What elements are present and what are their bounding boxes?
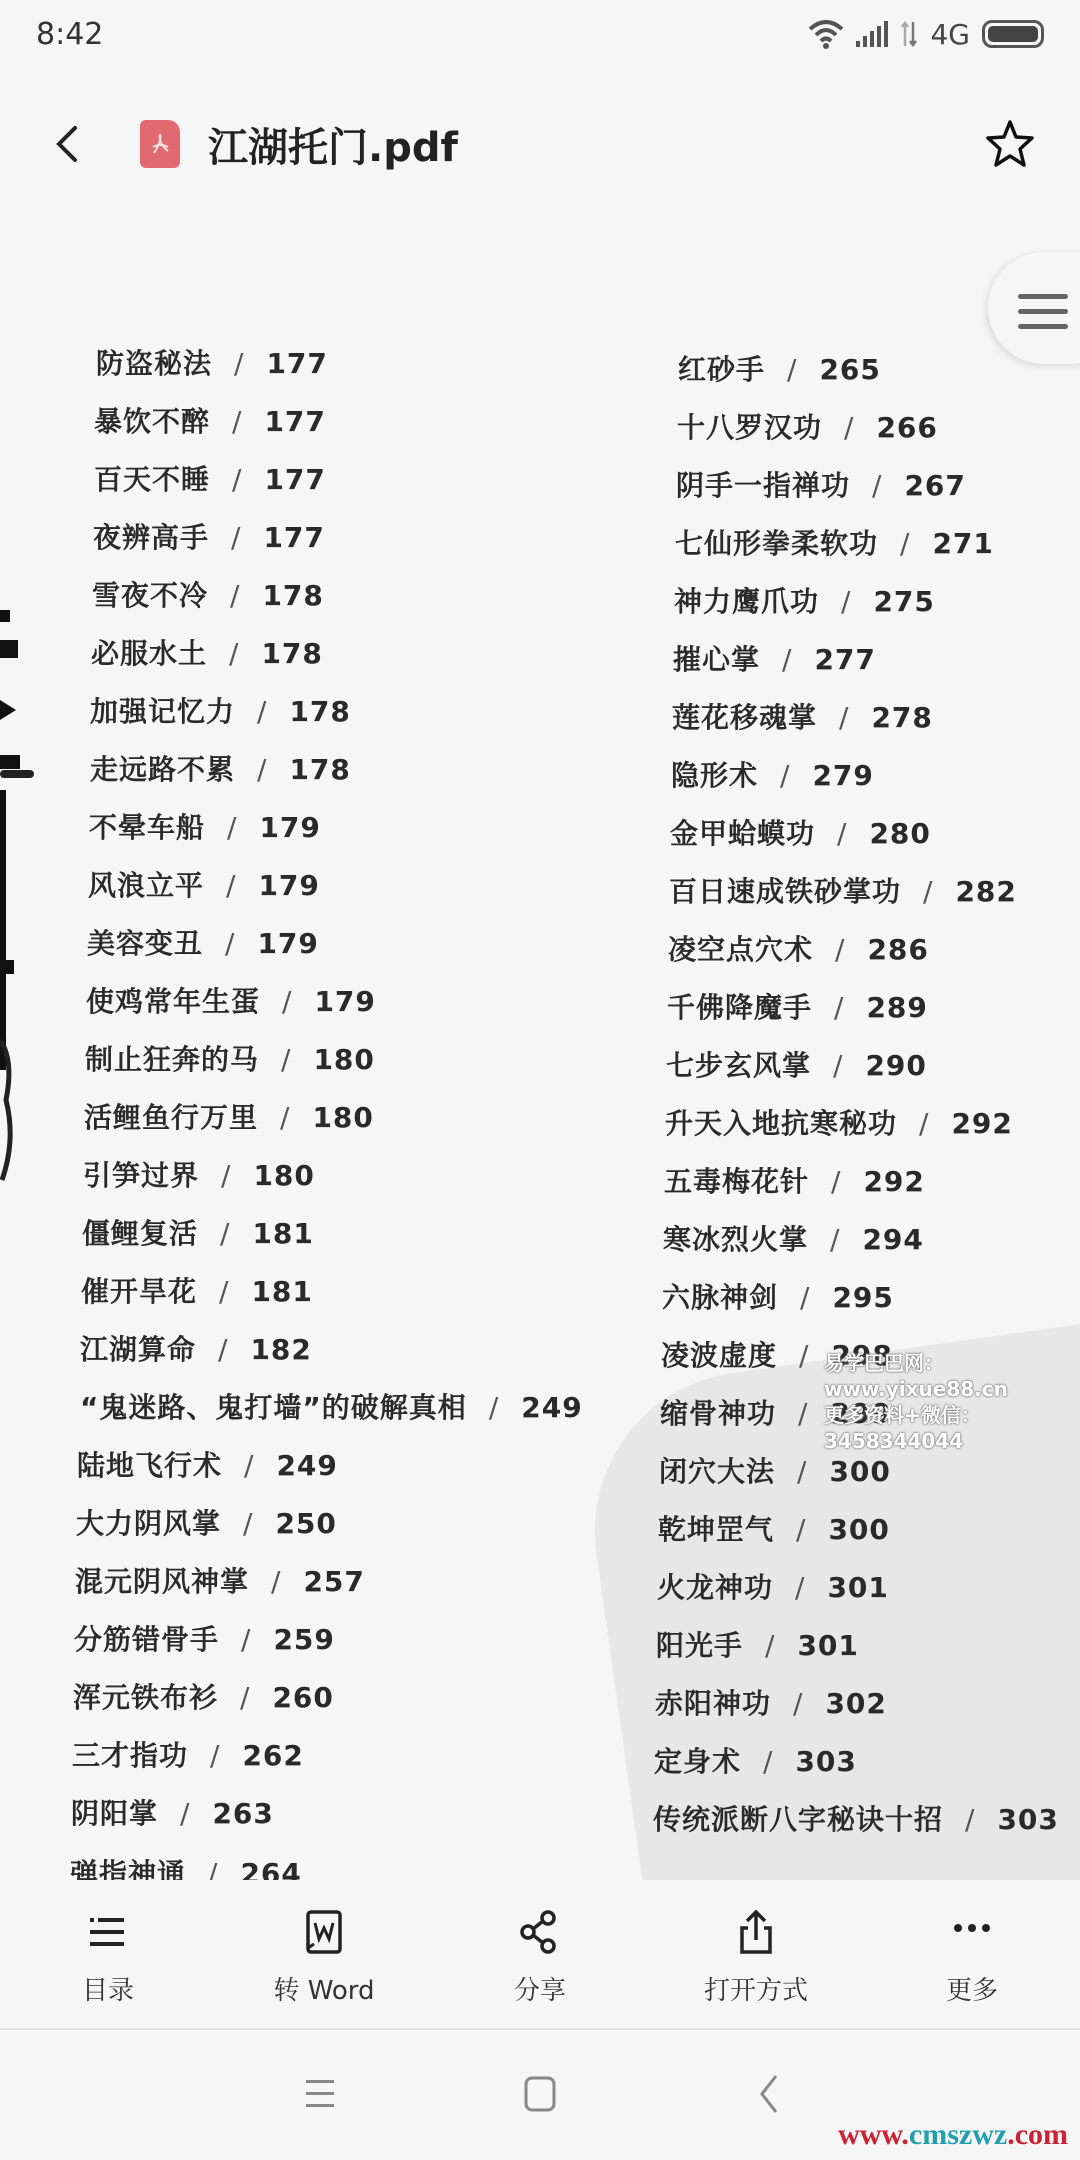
separator: / <box>798 1397 808 1430</box>
toc-title: 陆地飞行术 <box>77 1449 222 1482</box>
toc-page-number: 180 <box>253 1159 314 1192</box>
more-button[interactable]: 更多 <box>864 1880 1080 2028</box>
separator: / <box>965 1803 975 1836</box>
recents-button[interactable] <box>300 2072 340 2116</box>
toc-entry[interactable]: 制止狂奔的马/180 <box>85 1038 375 1078</box>
separator: / <box>241 1623 251 1656</box>
toc-title: 加强记忆力 <box>90 695 235 728</box>
toc-page-number: 182 <box>250 1333 311 1366</box>
toc-entry[interactable]: 加强记忆力/178 <box>90 690 351 730</box>
separator: / <box>225 927 235 960</box>
toc-entry[interactable]: 引笋过界/180 <box>83 1154 315 1194</box>
toc-entry[interactable]: 风浪立平/179 <box>88 864 320 904</box>
toc-title: 活鲤鱼行万里 <box>84 1101 258 1134</box>
toc-page-number: 260 <box>272 1681 333 1714</box>
toc-page-number: 177 <box>264 405 325 438</box>
toc-page-number: 265 <box>819 353 880 386</box>
toc-entry[interactable]: 莲花移魂掌/278 <box>672 696 933 736</box>
separator: / <box>765 1629 775 1662</box>
toc-page-number: 301 <box>797 1629 858 1662</box>
toc-page-number: 178 <box>261 637 322 670</box>
toc-page-number: 250 <box>275 1507 336 1540</box>
toc-entry[interactable]: 必服水土/178 <box>91 632 323 672</box>
separator: / <box>834 991 844 1024</box>
toc-page-number: 275 <box>873 585 934 618</box>
toc-entry[interactable]: 百日速成铁砂掌功/282 <box>669 870 1017 910</box>
toc-entry[interactable]: 传统派断八字秘诀十招/303 <box>653 1798 1059 1838</box>
toc-entry[interactable]: 浑元铁布衫/260 <box>73 1676 334 1716</box>
share-button[interactable]: 分享 <box>432 1880 648 2028</box>
toc-title: 十八罗汉功 <box>677 411 822 444</box>
status-time: 8:42 <box>36 17 103 52</box>
toc-entry[interactable]: 赤阳神功/302 <box>655 1682 887 1722</box>
toc-entry[interactable]: 闭穴大法/300 <box>659 1450 891 1490</box>
toc-title: 弹指神通 <box>70 1857 186 1880</box>
separator: / <box>844 411 854 444</box>
toc-entry[interactable]: 六脉神剑/295 <box>662 1276 894 1316</box>
separator: / <box>835 933 845 966</box>
toc-title: 传统派断八字秘诀十招 <box>653 1803 943 1836</box>
separator: / <box>271 1565 281 1598</box>
app-bar: 江湖托门.pdf <box>0 100 1080 188</box>
toc-entry[interactable]: 夜辨高手/177 <box>93 516 325 556</box>
separator: / <box>787 353 797 386</box>
separator: / <box>221 1159 231 1192</box>
toc-title: 三才指功 <box>72 1739 188 1772</box>
toc-page-number: 266 <box>876 411 937 444</box>
separator: / <box>232 463 242 496</box>
toc-page-number: 177 <box>266 347 327 380</box>
open-with-button[interactable]: 打开方式 <box>648 1880 864 2028</box>
toc-entry[interactable]: 僵鲤复活/181 <box>82 1212 314 1252</box>
toc-page-number: 179 <box>314 985 375 1018</box>
pdf-icon <box>140 120 180 168</box>
separator: / <box>257 695 267 728</box>
separator: / <box>229 637 239 670</box>
toc-page-number: 294 <box>862 1223 923 1256</box>
toc-page-number: 181 <box>252 1217 313 1250</box>
toc-title: 金甲蛤蟆功 <box>670 817 815 850</box>
toc-page-number: 277 <box>814 643 875 676</box>
toc-page-number: 179 <box>259 811 320 844</box>
toc-title: 夜辨高手 <box>93 521 209 554</box>
toc-title: 混元阴风神掌 <box>75 1565 249 1598</box>
toc-title: 六脉神剑 <box>662 1281 778 1314</box>
toc-title: 走远路不累 <box>90 753 235 786</box>
toc-entry[interactable]: 神力鹰爪功/275 <box>674 580 935 620</box>
toc-page-number: 177 <box>264 463 325 496</box>
toc-title: 凌空点穴术 <box>668 933 813 966</box>
pdf-page[interactable]: 防盗秘法/177 暴饮不醉/177 百天不睡/177 夜辨高手/177 雪夜不冷… <box>0 300 1080 1880</box>
system-nav-bar: www.cmszwz.com <box>0 2032 1080 2160</box>
toc-entry[interactable]: 活鲤鱼行万里/180 <box>84 1096 374 1136</box>
toc-entry[interactable]: 七仙形拳柔软功/271 <box>675 522 994 562</box>
toc-title: 缩骨神功 <box>660 1397 776 1430</box>
separator: / <box>800 1281 810 1314</box>
watermark-line-1: 易学巴巴网：www.yixue88.cn <box>824 1350 1080 1402</box>
network-type: 4G <box>930 18 970 51</box>
toc-page-number: 263 <box>212 1797 273 1830</box>
separator: / <box>841 585 851 618</box>
wifi-icon <box>808 19 844 49</box>
toc-title: 莲花移魂掌 <box>672 701 817 734</box>
toc-title: 大力阴风掌 <box>76 1507 221 1540</box>
separator: / <box>282 985 292 1018</box>
toc-entry[interactable]: 分筋错骨手/259 <box>74 1618 335 1658</box>
toc-title: 引笋过界 <box>83 1159 199 1192</box>
toc-page-number: 295 <box>832 1281 893 1314</box>
separator: / <box>837 817 847 850</box>
toc-entry[interactable]: 雪夜不冷/178 <box>92 574 324 614</box>
separator: / <box>230 579 240 612</box>
home-button[interactable] <box>520 2072 560 2116</box>
toc-page-number: 259 <box>273 1623 334 1656</box>
separator: / <box>782 643 792 676</box>
star-outline-icon <box>984 118 1036 170</box>
toc-page-number: 249 <box>521 1391 582 1424</box>
toc-title: 雪夜不冷 <box>92 579 208 612</box>
status-icons: 4G <box>808 18 1044 51</box>
toc-page-number: 178 <box>262 579 323 612</box>
share-icon <box>518 1908 562 1956</box>
toc-title: 浑元铁布衫 <box>73 1681 218 1714</box>
toc-page-number: 286 <box>867 933 928 966</box>
toc-entry[interactable]: 金甲蛤蟆功/280 <box>670 812 931 852</box>
toc-entry[interactable]: 七步玄风掌/290 <box>666 1044 927 1084</box>
toc-title: 百日速成铁砂掌功 <box>669 875 901 908</box>
toc-title: 寒冰烈火掌 <box>663 1223 808 1256</box>
toc-page-number: 178 <box>289 695 350 728</box>
toc-entry[interactable]: 摧心掌/277 <box>673 638 876 678</box>
toc-list-icon <box>86 1908 130 1956</box>
toc-title: 阴手一指禅功 <box>676 469 850 502</box>
separator: / <box>240 1681 250 1714</box>
toc-title: 使鸡常年生蛋 <box>86 985 260 1018</box>
separator: / <box>232 405 242 438</box>
toc-entry[interactable]: 使鸡常年生蛋/179 <box>86 980 376 1020</box>
toc-page-number: 179 <box>258 869 319 902</box>
separator: / <box>280 1101 290 1134</box>
separator: / <box>208 1857 218 1880</box>
toc-page-number: 271 <box>932 527 993 560</box>
tool-label: 更多 <box>946 1970 998 2007</box>
toc-title: 摧心掌 <box>673 643 760 676</box>
toc-title: 催开旱花 <box>81 1275 197 1308</box>
separator: / <box>234 347 244 380</box>
toc-page-number: 262 <box>242 1739 303 1772</box>
separator: / <box>220 1217 230 1250</box>
toc-title: 凌波虚度 <box>661 1339 777 1372</box>
toc-title: 僵鲤复活 <box>82 1217 198 1250</box>
toc-page-number: 300 <box>828 1513 889 1546</box>
toc-page-number: 179 <box>257 927 318 960</box>
toc-entry[interactable]: 陆地飞行术/249 <box>77 1444 338 1484</box>
toc-title: 赤阳神功 <box>655 1687 771 1720</box>
toc-entry[interactable]: 催开旱花/181 <box>81 1270 313 1310</box>
toc-entry[interactable]: 大力阴风掌/250 <box>76 1502 337 1542</box>
separator: / <box>243 1507 253 1540</box>
toc-entry[interactable]: 火龙神功/301 <box>657 1566 889 1606</box>
status-bar: 8:42 4G <box>0 0 1080 68</box>
toc-entry[interactable]: 阳光手/301 <box>656 1624 859 1664</box>
toc-entry[interactable]: 红砂手/265 <box>678 348 881 388</box>
toc-entry[interactable]: 弹指神通/264 <box>70 1852 302 1880</box>
toc-page-number: 181 <box>251 1275 312 1308</box>
toc-entry[interactable]: 混元阴风神掌/257 <box>75 1560 365 1600</box>
toc-entry[interactable]: 升天入地抗寒秘功/292 <box>665 1102 1013 1142</box>
favorite-button[interactable] <box>984 118 1036 170</box>
open-with-icon <box>734 1908 778 1956</box>
toc-title: 乾坤罡气 <box>658 1513 774 1546</box>
toc-page-number: 303 <box>795 1745 856 1778</box>
toc-page-number: 180 <box>313 1043 374 1076</box>
toc-page-number: 257 <box>303 1565 364 1598</box>
toc-title: 红砂手 <box>678 353 765 386</box>
toc-page-number: 302 <box>825 1687 886 1720</box>
toc-page-number: 289 <box>866 991 927 1024</box>
toc-page-number: 292 <box>951 1107 1012 1140</box>
toc-entry[interactable]: 隐形术/279 <box>671 754 874 794</box>
bottom-toolbar: 目录 转 Word 分享 打开方式 更多 <box>0 1880 1080 2030</box>
toc-title: 制止狂奔的马 <box>85 1043 259 1076</box>
toc-page-number: 303 <box>997 1803 1058 1836</box>
toc-page-number: 249 <box>276 1449 337 1482</box>
separator: / <box>218 1333 228 1366</box>
toc-title: 闭穴大法 <box>659 1455 775 1488</box>
toc-title: 五毒梅花针 <box>664 1165 809 1198</box>
toc-title: 防盗秘法 <box>96 347 212 380</box>
toc-title: 风浪立平 <box>88 869 204 902</box>
toc-page-number: 290 <box>865 1049 926 1082</box>
separator: / <box>227 811 237 844</box>
page-edge-calligraphy <box>0 580 34 1200</box>
toc-page-number: 278 <box>871 701 932 734</box>
separator: / <box>226 869 236 902</box>
separator: / <box>839 701 849 734</box>
toc-entry[interactable]: 百天不睡/177 <box>94 458 326 498</box>
toc-entry[interactable]: 不晕车船/179 <box>89 806 321 846</box>
toc-page-number: 280 <box>869 817 930 850</box>
toc-entry[interactable]: 美容变丑/179 <box>87 922 319 962</box>
toc-entry[interactable]: 乾坤罡气/300 <box>658 1508 890 1548</box>
convert-word-button[interactable]: 转 Word <box>216 1880 432 2028</box>
separator: / <box>180 1797 190 1830</box>
toc-title: 阴阳掌 <box>71 1797 158 1830</box>
toc-entry[interactable]: 寒冰烈火掌/294 <box>663 1218 924 1258</box>
toc-page-number: 282 <box>955 875 1016 908</box>
back-icon <box>750 2072 790 2116</box>
signal-icon <box>856 21 888 47</box>
watermark-line-2: 更多资料+微信：3458344044 <box>824 1402 1080 1454</box>
toc-title: 千佛降魔手 <box>667 991 812 1024</box>
toc-button[interactable]: 目录 <box>0 1880 216 2028</box>
back-button[interactable] <box>44 116 88 172</box>
toc-entry[interactable]: “鬼迷路、鬼打墙”的破解真相/249 <box>80 1386 583 1426</box>
toc-entry[interactable]: 五毒梅花针/292 <box>664 1160 925 1200</box>
toc-title: 暴饮不醉 <box>94 405 210 438</box>
toc-title: 江湖算命 <box>80 1333 196 1366</box>
convert-word-icon <box>302 1908 346 1956</box>
toc-title: 分筋错骨手 <box>74 1623 219 1656</box>
toc-page-number: 292 <box>863 1165 924 1198</box>
toc-title: 升天入地抗寒秘功 <box>665 1107 897 1140</box>
toc-entry[interactable]: 防盗秘法/177 <box>96 342 328 382</box>
tool-label: 目录 <box>82 1970 134 2007</box>
separator: / <box>244 1449 254 1482</box>
separator: / <box>793 1687 803 1720</box>
separator: / <box>923 875 933 908</box>
recents-icon <box>300 2072 340 2116</box>
toc-page-number: 279 <box>812 759 873 792</box>
separator: / <box>833 1049 843 1082</box>
separator: / <box>799 1339 809 1372</box>
toc-entry[interactable]: 凌空点穴术/286 <box>668 928 929 968</box>
separator: / <box>919 1107 929 1140</box>
toc-page-number: 180 <box>312 1101 373 1134</box>
tool-label: 打开方式 <box>704 1970 808 2007</box>
separator: / <box>763 1745 773 1778</box>
document-title: 江湖托门.pdf <box>208 116 458 173</box>
toc-entry[interactable]: 三才指功/262 <box>72 1734 304 1774</box>
toc-page-number: 177 <box>263 521 324 554</box>
toc-title: 神力鹰爪功 <box>674 585 819 618</box>
toc-page-number: 178 <box>289 753 350 786</box>
toc-title: “鬼迷路、鬼打墙”的破解真相 <box>80 1391 467 1424</box>
toc-entry[interactable]: 阴阳掌/263 <box>71 1792 274 1832</box>
chevron-left-icon <box>53 124 79 164</box>
data-arrows-icon <box>900 20 918 48</box>
toc-title: 不晕车船 <box>89 811 205 844</box>
toc-title: 阳光手 <box>656 1629 743 1662</box>
separator: / <box>210 1739 220 1772</box>
corner-watermark: www.cmszwz.com <box>838 2118 1068 2152</box>
toc-page-number: 300 <box>829 1455 890 1488</box>
separator: / <box>796 1513 806 1546</box>
separator: / <box>231 521 241 554</box>
toc-entry[interactable]: 暴饮不醉/177 <box>94 400 326 440</box>
tool-label: 分享 <box>514 1970 566 2007</box>
toc-title: 百天不睡 <box>94 463 210 496</box>
toc-title: 定身术 <box>654 1745 741 1778</box>
toc-title: 七仙形拳柔软功 <box>675 527 878 560</box>
separator: / <box>900 527 910 560</box>
toc-title: 七步玄风掌 <box>666 1049 811 1082</box>
toc-entry[interactable]: 定身术/303 <box>654 1740 857 1780</box>
toc-page-number: 264 <box>240 1857 301 1880</box>
separator: / <box>830 1223 840 1256</box>
toc-title: 隐形术 <box>671 759 758 792</box>
toc-title: 火龙神功 <box>657 1571 773 1604</box>
separator: / <box>797 1455 807 1488</box>
separator: / <box>872 469 882 502</box>
toc-title: 必服水土 <box>91 637 207 670</box>
hamburger-icon <box>1018 294 1068 339</box>
separator: / <box>281 1043 291 1076</box>
toc-entry[interactable]: 阴手一指禅功/267 <box>676 464 966 504</box>
site-watermark-overlay: 易学巴巴网：www.yixue88.cn 更多资料+微信：3458344044 <box>824 1350 1080 1454</box>
toc-entry[interactable]: 十八罗汉功/266 <box>677 406 938 446</box>
separator: / <box>219 1275 229 1308</box>
toc-entry[interactable]: 江湖算命/182 <box>80 1328 312 1368</box>
toc-page-number: 267 <box>904 469 965 502</box>
system-back-button[interactable] <box>750 2072 790 2116</box>
separator: / <box>257 753 267 786</box>
more-dots-icon <box>950 1908 994 1956</box>
toc-entry[interactable]: 走远路不累/178 <box>90 748 351 788</box>
separator: / <box>795 1571 805 1604</box>
home-icon <box>520 2072 560 2116</box>
toc-entry[interactable]: 千佛降魔手/289 <box>667 986 928 1026</box>
separator: / <box>831 1165 841 1198</box>
tool-label: 转 Word <box>273 1970 374 2007</box>
toc-title: 美容变丑 <box>87 927 203 960</box>
battery-icon <box>982 20 1044 48</box>
toc-page-number: 301 <box>827 1571 888 1604</box>
separator: / <box>489 1391 499 1424</box>
separator: / <box>780 759 790 792</box>
